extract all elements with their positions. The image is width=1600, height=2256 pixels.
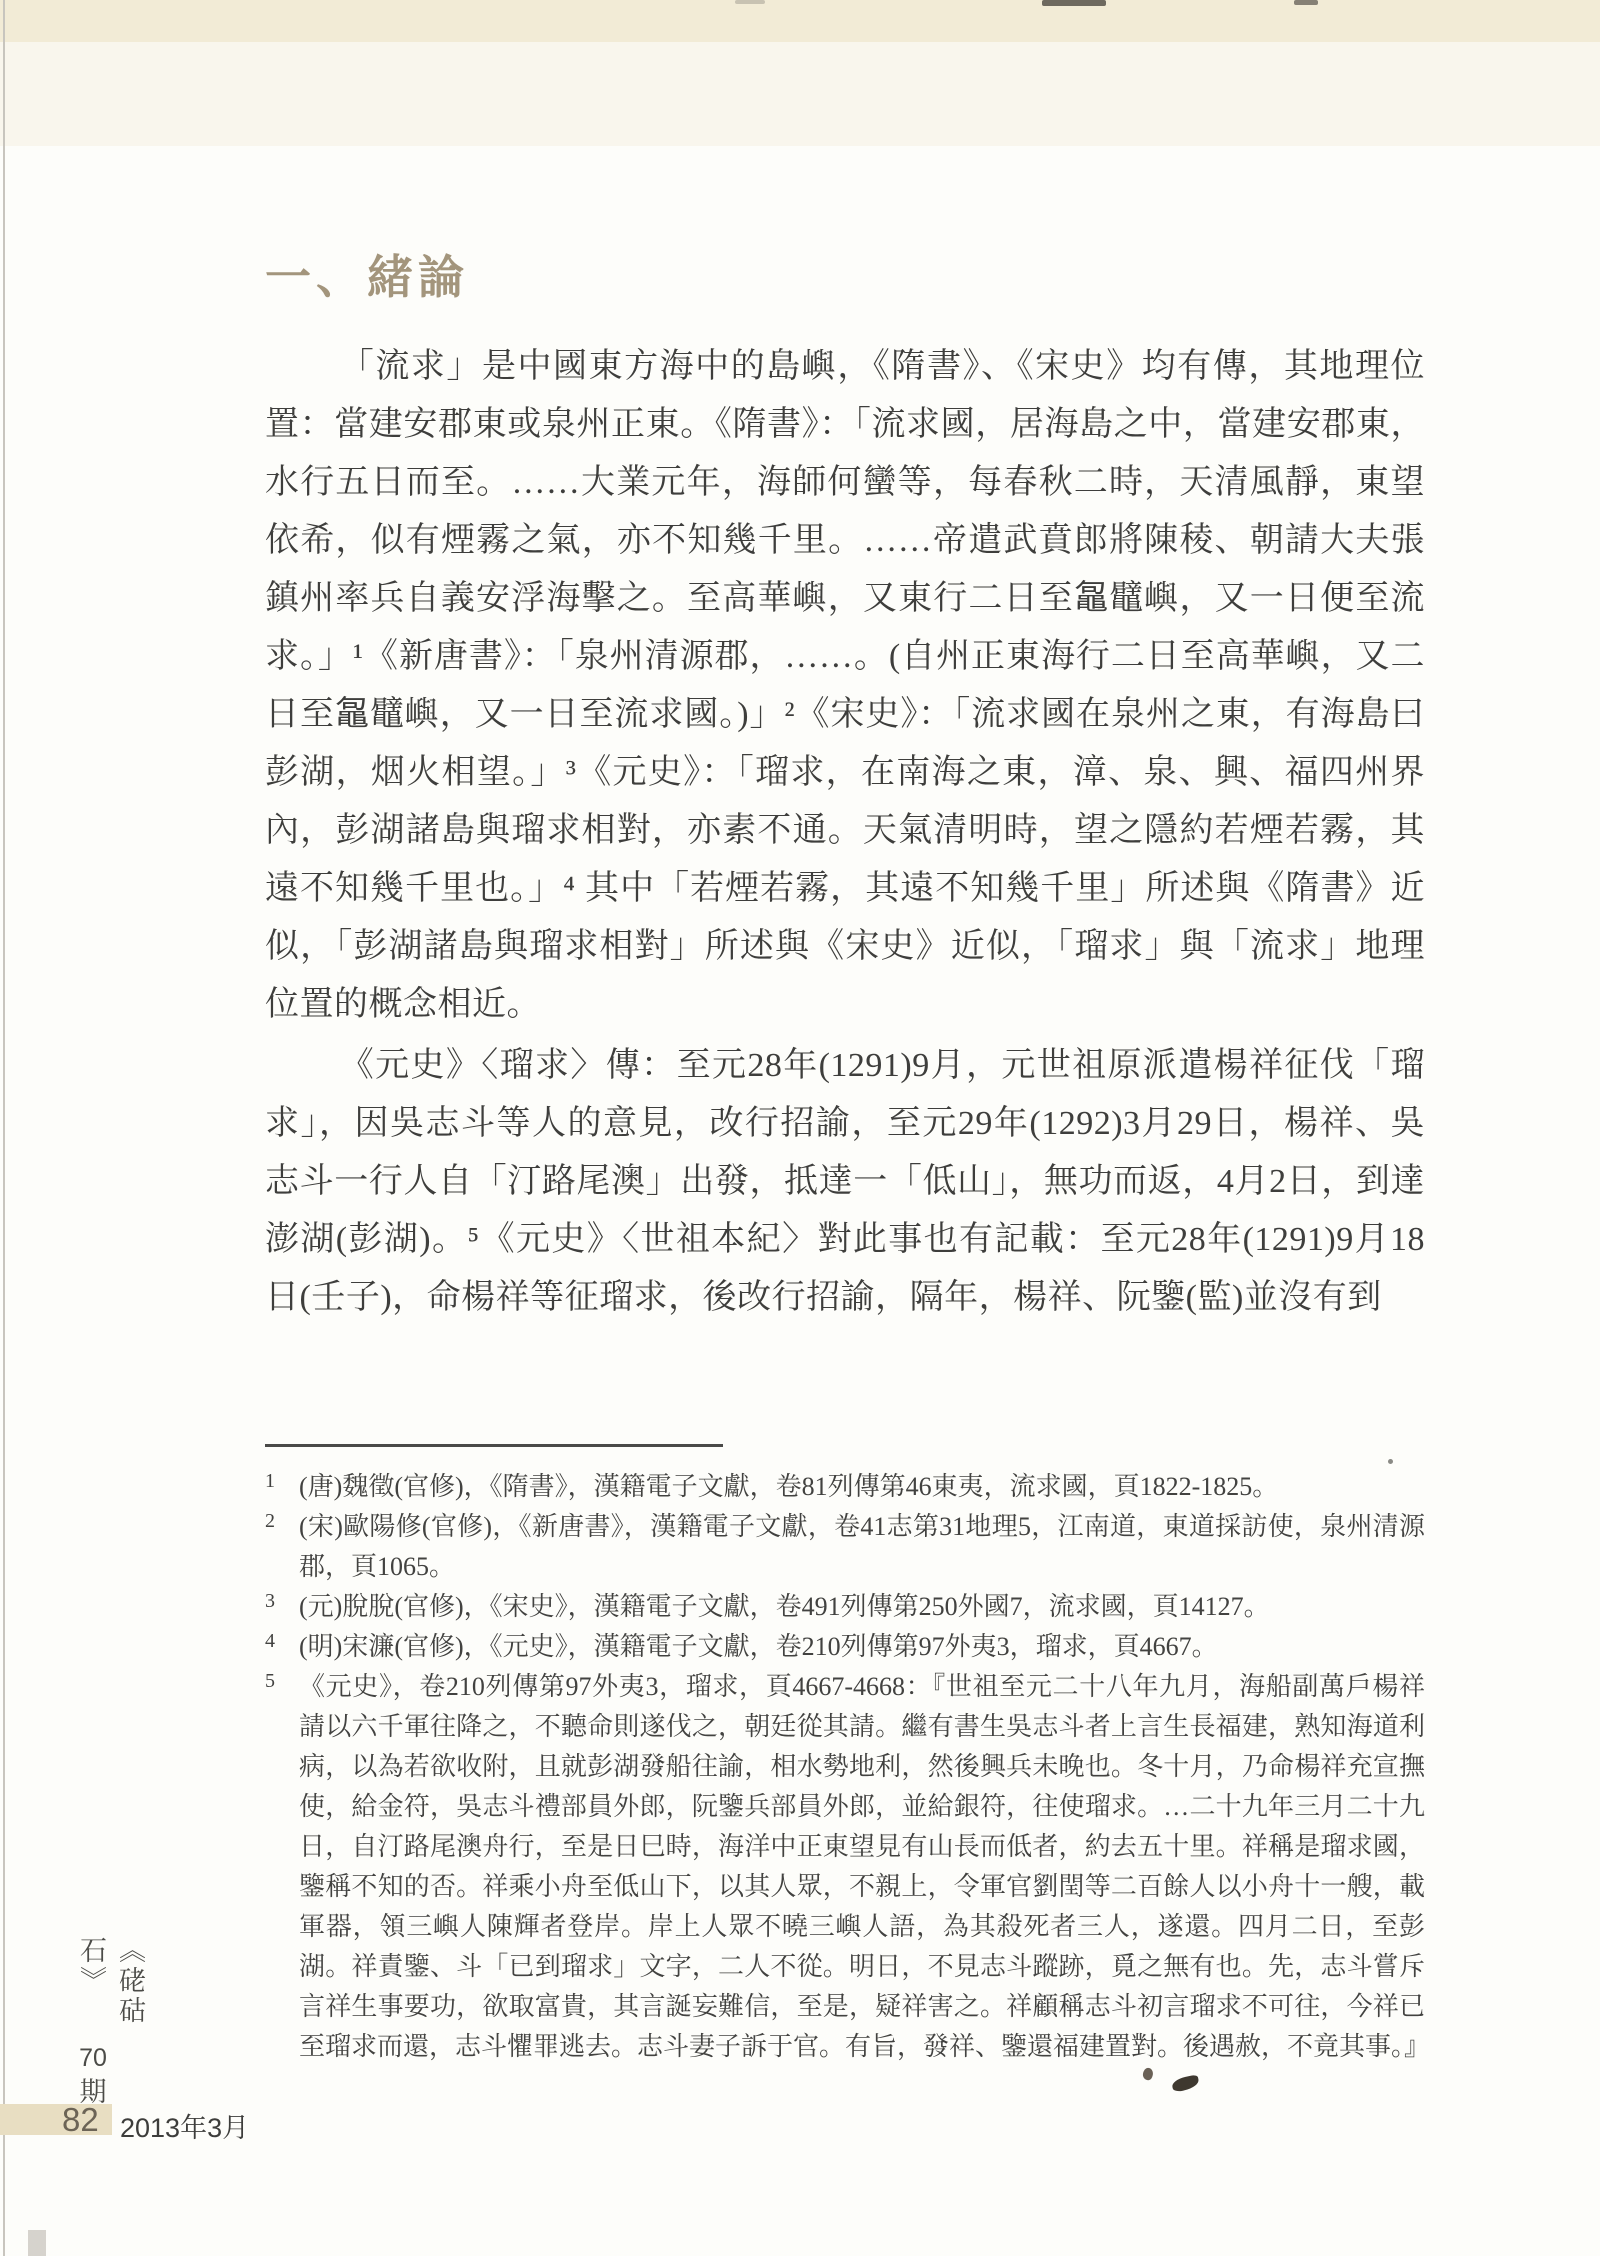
scan-top-band-faint: [0, 42, 1600, 146]
paragraph: 「流求」是中國東方海中的島嶼，《隋書》、《宋史》均有傳，其地理位置：當建安郡東或…: [265, 338, 1425, 1034]
footnotes-section: 1 (唐)魏徵(官修)，《隋書》，漢籍電子文獻，卷81列傳第46東夷，流求國，頁…: [265, 1444, 1425, 2067]
footnote-marker: 4: [265, 1621, 299, 1661]
ink-speck: [1171, 2074, 1200, 2092]
footnote-marker: 1: [265, 1461, 299, 1501]
footnote-marker: 5: [265, 1661, 299, 1701]
issue-number: 70: [70, 2044, 116, 2073]
page-number: 82: [62, 2101, 99, 2139]
footnote: 5 《元史》，卷210列傳第97外夷3，瑠求，頁4667-4668：『世祖至元二…: [265, 1667, 1425, 2067]
scanned-journal-page: 一、緒論 「流求」是中國東方海中的島嶼，《隋書》、《宋史》均有傳，其地理位置：當…: [0, 0, 1600, 2256]
footnote: 3 (元)脫脫(官修)，《宋史》，漢籍電子文獻，卷491列傳第250外國7，流求…: [265, 1587, 1425, 1627]
footnote-marker: 3: [265, 1581, 299, 1621]
footnote: 2 (宋)歐陽修(官修)，《新唐書》，漢籍電子文獻，卷41志第31地理5，江南道…: [265, 1507, 1425, 1587]
footnote: 4 (明)宋濂(官修)，《元史》，漢籍電子文獻，卷210列傳第97外夷3，瑠求，…: [265, 1627, 1425, 1667]
paragraph: 《元史》〈瑠求〉傳：至元28年(1291)9月，元世祖原派遣楊祥征伐「瑠求」，因…: [265, 1037, 1425, 1327]
scan-left-edge-line: [3, 0, 5, 2256]
footnote-text: (唐)魏徵(官修)，《隋書》，漢籍電子文獻，卷81列傳第46東夷，流求國，頁18…: [299, 1467, 1425, 1507]
section-heading: 一、緒論: [265, 250, 1425, 304]
footnote-text: (明)宋濂(官修)，《元史》，漢籍電子文獻，卷210列傳第97外夷3，瑠求，頁4…: [299, 1627, 1425, 1667]
scan-top-band: [0, 0, 1600, 42]
footnote: 1 (唐)魏徵(官修)，《隋書》，漢籍電子文獻，卷81列傳第46東夷，流求國，頁…: [265, 1467, 1425, 1507]
footnote-text: (元)脫脫(官修)，《宋史》，漢籍電子文獻，卷491列傳第250外國7，流求國，…: [299, 1587, 1425, 1627]
issue-date: 2013年3月: [120, 2106, 249, 2145]
scan-smudge: [1042, 0, 1106, 6]
article-body: 一、緒論 「流求」是中國東方海中的島嶼，《隋書》、《宋史》均有傳，其地理位置：當…: [265, 250, 1425, 1327]
footnote-text: (宋)歐陽修(官修)，《新唐書》，漢籍電子文獻，卷41志第31地理5，江南道，東…: [299, 1507, 1425, 1587]
footnote-text: 《元史》，卷210列傳第97外夷3，瑠求，頁4667-4668：『世祖至元二十八…: [299, 1667, 1425, 2067]
ink-speck: [1141, 2067, 1155, 2082]
footnote-marker: 2: [265, 1501, 299, 1541]
scan-smudge: [735, 0, 765, 4]
scan-smudge: [1294, 0, 1318, 5]
footnote-separator-rule: [265, 1444, 723, 1447]
scan-bottom-mark: [28, 2230, 46, 2256]
